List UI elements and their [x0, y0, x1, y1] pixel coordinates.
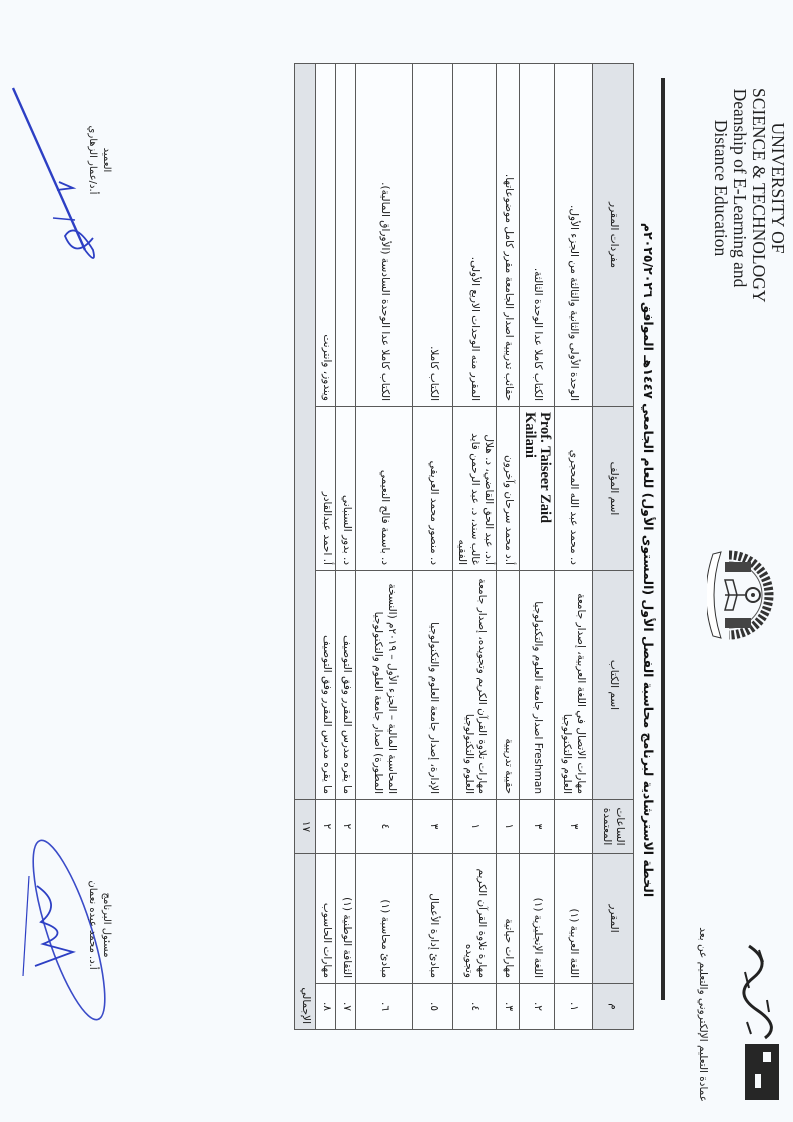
book-title: مهارات تلاوة القرآن الكريم وتجويده، إصدا… — [453, 571, 497, 800]
course-name: مبادئ محاسبة (١) — [356, 854, 413, 984]
row-number: ٢. — [520, 984, 555, 1030]
author-name: د. منصور محمد العريقي — [413, 407, 453, 571]
deanship-name-ar: عمادة التعليم الإلكتروني والتعليم عن بعد — [697, 927, 709, 1102]
university-name-en: UNIVERSITY OF SCIENCE & TECHNOLOGY Deans… — [711, 88, 787, 288]
author-name: أ.د. عبد الحق القاضي، د. هلال غالب سند، … — [453, 407, 497, 571]
credit-hours: ٣ — [555, 800, 593, 854]
row-number: ٥. — [413, 984, 453, 1030]
table-row: ٤.مهارة تلاوة القرآن الكريم وتجويده١مهار… — [453, 64, 497, 1030]
course-name: اللغة العربية (١) — [555, 854, 593, 984]
university-line-3: Deanship of E-Learning and — [730, 88, 749, 288]
credit-hours: ٣ — [413, 800, 453, 854]
course-name: مهارات حياتية — [497, 854, 520, 984]
course-content: الكتاب كاملا. — [413, 64, 453, 407]
course-name: اللغة الإنجليزية (١) — [520, 854, 555, 984]
table-row: ١.اللغة العربية (١)٣مهارات الاتصال في ال… — [555, 64, 593, 1030]
row-number: ٤. — [453, 984, 497, 1030]
program-head-signature-scrawl-icon — [3, 826, 133, 1026]
author-name: د. بدور السنباني — [336, 407, 356, 571]
author-name: أ. احمد عبدالقادر — [316, 407, 336, 571]
table-row: ٦.مبادئ محاسبة (١)٤المحاسبة المالية – ال… — [356, 64, 413, 1030]
course-content: حقائب تدريبية اصدار الجامعة مقرر كامل مو… — [497, 64, 520, 407]
total-row-filler — [295, 64, 316, 800]
dean-title: العميد — [99, 90, 113, 230]
course-name: مهارة تلاوة القرآن الكريم وتجويده — [453, 854, 497, 984]
row-number: ٣. — [497, 984, 520, 1030]
table-row: ٢.اللغة الإنجليزية (١)٣Freshman اصدار جا… — [520, 64, 555, 1030]
university-logo-icon — [707, 540, 791, 650]
book-title: Freshman اصدار جامعة العلوم والتكنولوجيا — [520, 571, 555, 800]
university-line-4: Distance Education — [711, 88, 730, 288]
course-name: مبادئ إدارة الأعمال — [413, 854, 453, 984]
author-name: Prof. Taiseer Zaid Kailani — [520, 407, 555, 571]
university-emblem-block-icon — [745, 1044, 779, 1100]
university-line-2: SCIENCE & TECHNOLOGY — [749, 88, 768, 288]
program-head-signature-block: مسئول البرنامج أ.د. محمد عبده نعمان — [85, 845, 113, 1005]
book-title: مهارات الاتصال في اللغة العربية، إصدار ج… — [555, 571, 593, 800]
credit-hours: ١ — [497, 800, 520, 854]
table-row: ٥.مبادئ إدارة الأعمال٣الإدارة، إصدار جام… — [413, 64, 453, 1030]
course-content: المقرر منه الوحدات الاربع الأولى. — [453, 64, 497, 407]
course-content: الوحدة الأولى والثانية والثالثة من الجزء… — [555, 64, 593, 407]
course-content: الكتاب كاملا عدا الوحدة الثالثة. — [520, 64, 555, 407]
book-title: حقيبة تدريبية — [497, 571, 520, 800]
university-calligraphy-mark-icon — [735, 942, 779, 1042]
table-row: ٣.مهارات حياتية١حقيبة تدريبيةأ.د محمد سر… — [497, 64, 520, 1030]
total-credit-hours: ١٧ — [295, 800, 316, 854]
course-name: مهارات الحاسوب — [316, 854, 336, 984]
course-content — [336, 64, 356, 407]
row-number: ١. — [555, 984, 593, 1030]
column-header-book: اسم الكتاب — [593, 571, 634, 800]
column-header-no: م — [593, 984, 634, 1030]
total-row: الإجمالي١٧ — [295, 64, 316, 1030]
row-number: ٨. — [316, 984, 336, 1030]
book-title: ما يقره مدرس المقرر وفق التوصيف — [336, 571, 356, 800]
study-plan-table: م المقرر الساعات المعتمدة اسم الكتاب اسم… — [295, 63, 635, 1030]
program-head-title: مسئول البرنامج — [99, 845, 113, 1005]
table-row: ٨.مهارات الحاسوب٢ما يقره مدرس المقرر وفق… — [316, 64, 336, 1030]
book-title: المحاسبة المالية – الجزء الأول – ٢٠١٩م (… — [356, 571, 413, 800]
total-label: الإجمالي — [295, 854, 316, 1030]
row-number: ٧. — [336, 984, 356, 1030]
document-page: UNIVERSITY OF SCIENCE & TECHNOLOGY Deans… — [0, 0, 793, 1122]
credit-hours: ٢ — [316, 800, 336, 854]
credit-hours: ١ — [453, 800, 497, 854]
course-content: الكتاب كاملا عدا الوحدة السادسة (الأوراق… — [356, 64, 413, 407]
dean-name: أ.د/عمار الزهاري — [85, 90, 99, 230]
column-header-content: مفردات المقرر — [593, 64, 634, 407]
book-title: الإدارة، إصدار جامعة العلوم والتكنولوجيا — [413, 571, 453, 800]
table-row: ٧.الثقافة الوطنية (١)٢ما يقره مدرس المقر… — [336, 64, 356, 1030]
dean-signature-block: العميد أ.د/عمار الزهاري — [85, 90, 113, 230]
book-title: ما يقره مدرس المقرر وفق التوصيف — [316, 571, 336, 800]
university-brand-ar: عمادة التعليم الإلكتروني والتعليم عن بعد — [675, 900, 785, 1110]
course-content: ويندوز، وانترنت — [316, 64, 336, 407]
author-name: د. محمد عبد الله المحجري — [555, 407, 593, 571]
plan-title: الخطة الاسترشادية لبرنامج محاسبة الفصل ا… — [641, 120, 656, 1000]
university-line-1: UNIVERSITY OF — [768, 88, 787, 288]
program-head-name: أ.د. محمد عبده نعمان — [85, 845, 99, 1005]
credit-hours: ٢ — [336, 800, 356, 854]
table-header-row: م المقرر الساعات المعتمدة اسم الكتاب اسم… — [593, 64, 634, 1030]
header-divider — [661, 78, 665, 1000]
author-name: أ.د محمد سرحان وآخرون — [497, 407, 520, 571]
column-header-credit-hours: الساعات المعتمدة — [593, 800, 634, 854]
course-name: الثقافة الوطنية (١) — [336, 854, 356, 984]
author-name: د. باسمة فالح النعيمي — [356, 407, 413, 571]
credit-hours: ٤ — [356, 800, 413, 854]
column-header-author: اسم المؤلف — [593, 407, 634, 571]
credit-hours: ٣ — [520, 800, 555, 854]
column-header-course: المقرر — [593, 854, 634, 984]
row-number: ٦. — [356, 984, 413, 1030]
